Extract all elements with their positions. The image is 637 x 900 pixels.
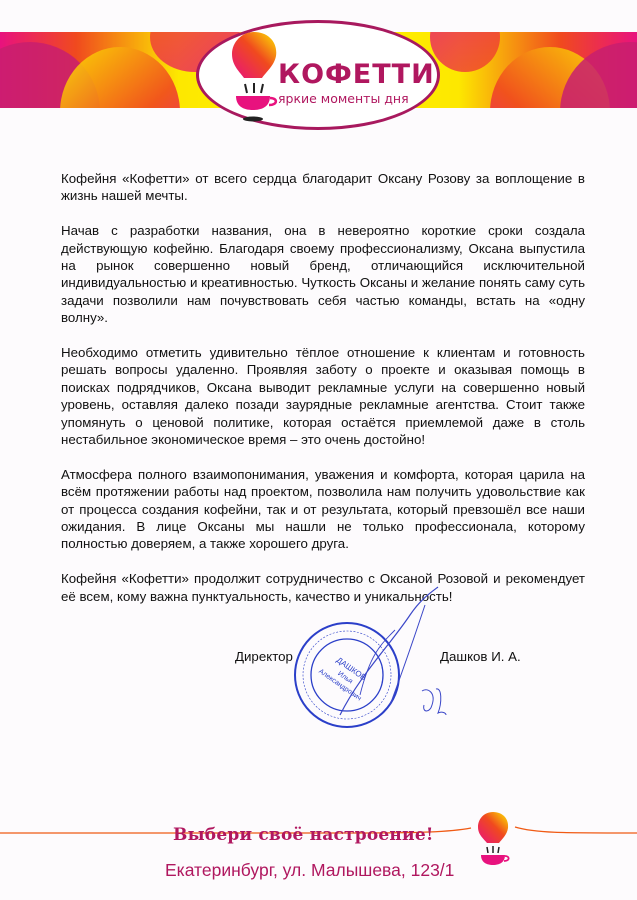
signatory-position: Директор (235, 649, 293, 664)
brand-tagline: яркие моменты дня (278, 91, 409, 106)
initials-signature-icon (418, 683, 448, 719)
coffee-bulb-logo-icon (228, 30, 280, 125)
signatory-name: Дашков И. А. (440, 649, 521, 664)
letter-paragraph: Начав с разработки названия, она в невер… (61, 222, 585, 326)
banner-arc (430, 32, 500, 72)
footer-bulb-logo-icon (475, 810, 511, 868)
letter-paragraph: Кофейня «Кофетти» от всего сердца благод… (61, 170, 585, 205)
letter-paragraph: Атмосфера полного взаимопонимания, уваже… (61, 466, 585, 553)
footer-address: Екатеринбург, ул. Малышева, 123/1 (165, 860, 454, 881)
letter-body: Кофейня «Кофетти» от всего сердца благод… (61, 170, 585, 622)
footer-slogan: Выбери своё настроение! (173, 825, 434, 845)
letter-paragraph: Необходимо отметить удивительно тёплое о… (61, 344, 585, 448)
brand-name: КОФЕТТИ (278, 59, 435, 90)
